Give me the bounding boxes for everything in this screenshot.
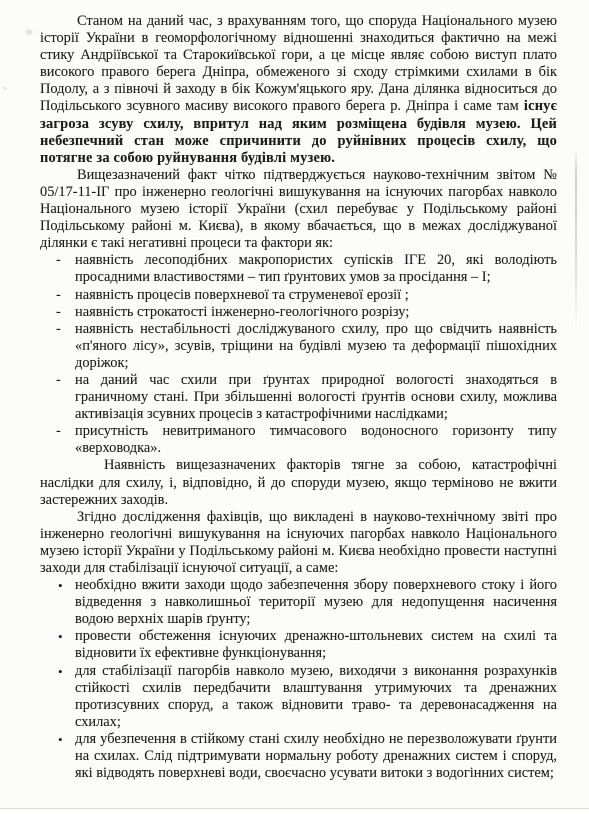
scan-smudge-artifact-small bbox=[2, 86, 8, 91]
scan-edge-vertical-line bbox=[575, 148, 577, 334]
scan-bottom-strip bbox=[0, 809, 589, 814]
list-item-text: на даний час схили при ґрунтах природної… bbox=[75, 372, 557, 422]
dash-marker: - bbox=[56, 423, 61, 440]
bullet-marker: • bbox=[58, 663, 63, 680]
list-item-text: присутність невитриманого тимчасового во… bbox=[75, 423, 557, 456]
bullet-marker: • bbox=[58, 628, 63, 645]
scan-smudge-artifact bbox=[24, 28, 34, 36]
list-item: -наявність строкатості інженерно-геологі… bbox=[40, 304, 557, 321]
dash-marker: - bbox=[56, 252, 61, 269]
list-item-text: наявність процесів поверхневої та струме… bbox=[75, 287, 409, 303]
list-item: -наявність нестабільності досліджуваного… bbox=[40, 321, 557, 372]
list-item: •провести обстеження існуючих дренажно-ш… bbox=[40, 628, 557, 662]
dash-marker: - bbox=[56, 372, 61, 389]
list-item-text: для стабілізації пагорбів навколо музею,… bbox=[75, 663, 557, 730]
stabilization-measures-list: •необхідно вжити заходи щодо забезпеченн… bbox=[40, 577, 557, 782]
dash-marker: - bbox=[56, 287, 61, 304]
list-item: •для стабілізації пагорбів навколо музею… bbox=[40, 663, 557, 731]
list-item: •необхідно вжити заходи щодо забезпеченн… bbox=[40, 577, 557, 628]
list-item-text: необхідно вжити заходи щодо забезпечення… bbox=[75, 577, 557, 627]
dash-marker: - bbox=[56, 321, 61, 338]
negative-factors-list: -наявність лесоподібних макропористих су… bbox=[40, 252, 557, 457]
paragraph-museum-location-text: Станом на даний час, з врахуванням того,… bbox=[40, 13, 557, 114]
list-item: -присутність невитриманого тимчасового в… bbox=[40, 423, 557, 457]
list-item: -наявність процесів поверхневої та струм… bbox=[40, 287, 557, 304]
list-item: -на даний час схили при ґрунтах природно… bbox=[40, 372, 557, 423]
list-item-text: наявність нестабільності досліджуваного … bbox=[75, 321, 557, 371]
bullet-marker: • bbox=[58, 577, 63, 594]
paragraph-museum-location: Станом на даний час, з врахуванням того,… bbox=[40, 13, 557, 167]
list-item: -наявність лесоподібних макропористих су… bbox=[40, 252, 557, 286]
bullet-marker: • bbox=[58, 731, 63, 748]
paragraph-recommendations-intro: Згідно дослідження фахівців, що викладен… bbox=[40, 509, 557, 577]
document-body: Станом на даний час, з врахуванням того,… bbox=[40, 13, 557, 782]
dash-marker: - bbox=[56, 304, 61, 321]
paragraph-consequences: Наявність вищезазначених факторів тягне … bbox=[40, 457, 557, 508]
list-item: •для убезпечення в стійкому стані схилу … bbox=[40, 731, 557, 782]
scanned-document-page: Станом на даний час, з врахуванням того,… bbox=[0, 0, 589, 814]
list-item-text: для убезпечення в стійкому стані схилу н… bbox=[75, 731, 557, 781]
list-item-text: провести обстеження існуючих дренажно-шт… bbox=[75, 628, 557, 661]
paragraph-technical-report: Вищезазначений факт чітко підтверджуєтьс… bbox=[40, 167, 557, 252]
list-item-text: наявність лесоподібних макропористих суп… bbox=[75, 252, 557, 285]
list-item-text: наявність строкатості інженерно-геологіч… bbox=[75, 304, 409, 320]
